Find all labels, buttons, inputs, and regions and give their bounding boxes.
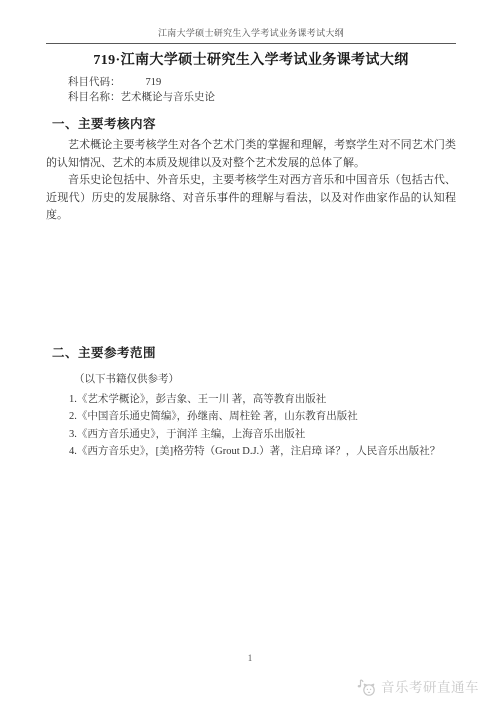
section-2-heading: 二、主要参考范围 xyxy=(52,345,456,361)
section-1-paragraph-1: 艺术概论主要考核学生对各个艺术门类的掌握和理解，考察学生对不同艺术门类的认知情况… xyxy=(46,137,456,172)
reference-list: 1.《艺术学概论》，彭吉象、王一川 著，高等教育出版社 2.《中国音乐通史简编》… xyxy=(69,391,456,461)
reference-note: （以下书籍仅供参考） xyxy=(74,372,456,387)
reference-item-3: 3.《西方音乐通史》，于润洋 主编，上海音乐出版社 xyxy=(69,426,456,444)
reference-item-2: 2.《中国音乐通史简编》，孙继南、周柱铨 著，山东教育出版社 xyxy=(69,408,456,426)
header-rule xyxy=(46,43,456,44)
reference-item-1: 1.《艺术学概论》，彭吉象、王一川 著，高等教育出版社 xyxy=(69,391,456,409)
subject-code-label: 科目代码： xyxy=(68,77,121,88)
page-title: 719·江南大学硕士研究生入学考试业务课考试大纲 xyxy=(46,52,456,69)
watermark-text: 音乐考研直通车 xyxy=(381,679,479,697)
subject-name-label: 科目名称： xyxy=(68,92,121,103)
watermark: 音乐考研直通车 xyxy=(355,678,479,697)
section-1-paragraph-2: 音乐史论包括中、外音乐史，主要考核学生对西方音乐和中国音乐（包括古代、近现代）历… xyxy=(46,172,456,225)
subject-name-value: 艺术概论与音乐史论 xyxy=(121,92,216,103)
subject-name-row: 科目名称：艺术概论与音乐史论 xyxy=(68,90,456,105)
reference-item-4: 4.《西方音乐史》，[美]格劳特（Grout D.J.）著，注启璋 译？，人民音… xyxy=(69,443,456,461)
running-head: 江南大学硕士研究生入学考试业务课考试大纲 xyxy=(46,28,456,39)
subject-code-value: 719 xyxy=(146,77,162,88)
document-page: 江南大学硕士研究生入学考试业务课考试大纲 719·江南大学硕士研究生入学考试业务… xyxy=(0,0,500,707)
section-1-heading: 一、主要考核内容 xyxy=(52,116,456,132)
page-number: 1 xyxy=(0,653,500,663)
subject-meta: 科目代码：719 科目名称：艺术概论与音乐史论 xyxy=(68,75,456,105)
subject-code-row: 科目代码：719 xyxy=(68,75,456,90)
cat-music-logo-icon xyxy=(355,678,377,697)
